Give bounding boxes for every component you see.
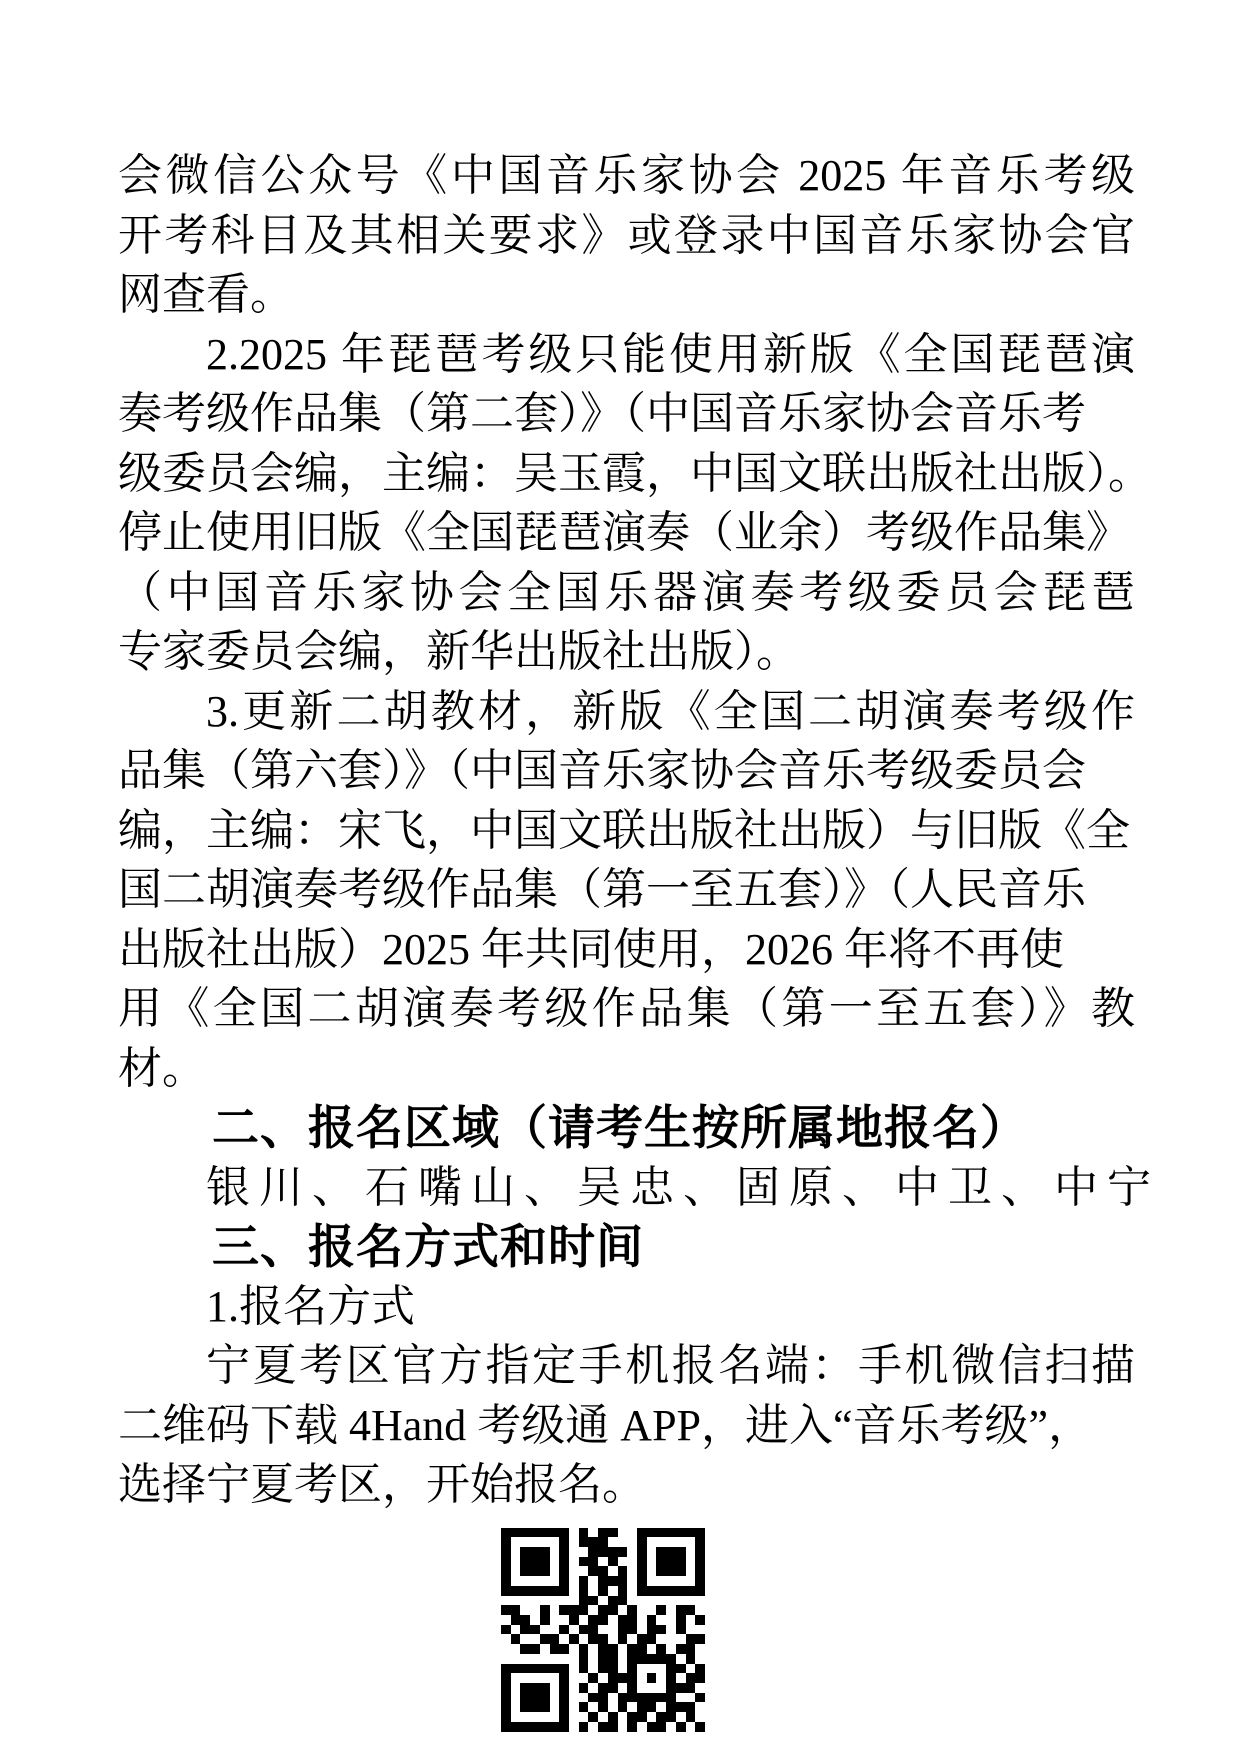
qr-module (501, 1693, 511, 1703)
qr-module (608, 1722, 618, 1732)
text-line: 级委员会编，主编：吴玉霞，中国文联出版社出版）。 (118, 444, 1135, 504)
qr-module (627, 1547, 637, 1557)
qr-module (637, 1566, 647, 1576)
qr-module (588, 1664, 598, 1674)
qr-module (588, 1615, 598, 1625)
qr-module (550, 1586, 560, 1596)
qr-module (608, 1615, 618, 1625)
qr-module (511, 1712, 521, 1722)
qr-module (695, 1673, 705, 1683)
qr-module (511, 1634, 521, 1644)
qr-module (598, 1654, 608, 1664)
qr-module (511, 1654, 521, 1664)
qr-module (627, 1673, 637, 1683)
qr-module (598, 1605, 608, 1615)
qr-module (695, 1664, 705, 1674)
qr-module (637, 1664, 647, 1674)
qr-module (656, 1673, 666, 1683)
qr-module (569, 1566, 579, 1576)
qr-module (511, 1664, 521, 1674)
qr-module (579, 1557, 589, 1567)
qr-module (520, 1615, 530, 1625)
qr-module (579, 1528, 589, 1538)
qr-module (608, 1547, 618, 1557)
qr-module (695, 1596, 705, 1606)
qr-module (530, 1702, 540, 1712)
qr-module (501, 1566, 511, 1576)
qr-module (598, 1722, 608, 1732)
qr-module (666, 1683, 676, 1693)
qr-module (676, 1702, 686, 1712)
qr-module (637, 1702, 647, 1712)
qr-module (608, 1625, 618, 1635)
qr-module (579, 1644, 589, 1654)
qr-module (588, 1644, 598, 1654)
qr-module (569, 1576, 579, 1586)
qr-module (676, 1634, 686, 1644)
qr-module (559, 1712, 569, 1722)
qr-module (608, 1634, 618, 1644)
qr-module (656, 1576, 666, 1586)
qr-module (608, 1605, 618, 1615)
qr-module (618, 1596, 628, 1606)
qr-module (569, 1625, 579, 1635)
qr-module (647, 1654, 657, 1664)
qr-module (559, 1605, 569, 1615)
qr-module (637, 1615, 647, 1625)
qr-module (618, 1644, 628, 1654)
qr-module (676, 1605, 686, 1615)
registration-cities-line: 银川、石嘴山、吴忠、固原、中卫、中宁 (118, 1158, 1135, 1218)
qr-module (656, 1644, 666, 1654)
qr-module (540, 1625, 550, 1635)
qr-module (501, 1644, 511, 1654)
text-line: 二维码下载 4Hand 考级通 APP，进入“音乐考级”， (118, 1396, 1135, 1456)
qr-module (550, 1528, 560, 1538)
qr-module (588, 1654, 598, 1664)
qr-module (598, 1557, 608, 1567)
qr-module (608, 1683, 618, 1693)
qr-module (540, 1644, 550, 1654)
qr-module (550, 1654, 560, 1664)
qr-module (511, 1576, 521, 1586)
text-line: 1.报名方式 (118, 1277, 1135, 1337)
qr-module (501, 1673, 511, 1683)
qr-module (559, 1654, 569, 1664)
qr-module (540, 1547, 550, 1557)
qr-module (637, 1693, 647, 1703)
qr-module (656, 1615, 666, 1625)
qr-module (540, 1683, 550, 1693)
qr-module (598, 1537, 608, 1547)
qr-module (686, 1528, 696, 1538)
qr-module (540, 1586, 550, 1596)
qr-module (520, 1576, 530, 1586)
qr-module (647, 1547, 657, 1557)
qr-module (511, 1683, 521, 1693)
qr-module (627, 1644, 637, 1654)
qr-module (511, 1547, 521, 1557)
qr-module (637, 1712, 647, 1722)
qr-module (511, 1605, 521, 1615)
qr-module (598, 1576, 608, 1586)
qr-module (666, 1673, 676, 1683)
qr-module (656, 1586, 666, 1596)
qr-module (520, 1693, 530, 1703)
qr-module (666, 1722, 676, 1732)
qr-module (627, 1712, 637, 1722)
qr-module (686, 1644, 696, 1654)
qr-module (569, 1596, 579, 1606)
qr-module (608, 1576, 618, 1586)
qr-module (695, 1615, 705, 1625)
qr-module (627, 1576, 637, 1586)
qr-module (608, 1537, 618, 1547)
qr-module (511, 1615, 521, 1625)
qr-module (579, 1605, 589, 1615)
qr-module (608, 1586, 618, 1596)
qr-module (627, 1693, 637, 1703)
text-line: 奏考级作品集（第二套）》（中国音乐家协会音乐考 (118, 384, 1135, 444)
qr-module (598, 1712, 608, 1722)
qr-module (598, 1625, 608, 1635)
qr-module (569, 1712, 579, 1722)
qr-module (627, 1615, 637, 1625)
qr-module (656, 1566, 666, 1576)
qr-module (647, 1625, 657, 1635)
text-line: 开考科目及其相关要求》或登录中国音乐家协会官 (118, 206, 1135, 266)
qr-module (550, 1547, 560, 1557)
qr-module (676, 1596, 686, 1606)
qr-module (686, 1654, 696, 1664)
qr-module (686, 1673, 696, 1683)
qr-module (666, 1596, 676, 1606)
qr-module (656, 1605, 666, 1615)
qr-module (540, 1528, 550, 1538)
qr-module (550, 1673, 560, 1683)
qr-module (686, 1596, 696, 1606)
qr-module (627, 1625, 637, 1635)
qr-module (579, 1722, 589, 1732)
qr-module (618, 1664, 628, 1674)
qr-module (618, 1634, 628, 1644)
text-line: 品集（第六套）》（中国音乐家协会音乐考级委员会 (118, 741, 1135, 801)
qr-module (598, 1644, 608, 1654)
qr-module (559, 1576, 569, 1586)
qr-module (695, 1605, 705, 1615)
qr-module (676, 1576, 686, 1586)
qr-module (520, 1722, 530, 1732)
qr-module (666, 1605, 676, 1615)
qr-module (579, 1586, 589, 1596)
qr-module (695, 1693, 705, 1703)
qr-module (588, 1576, 598, 1586)
qr-module (579, 1615, 589, 1625)
qr-module (501, 1596, 511, 1606)
qr-module (686, 1664, 696, 1674)
qr-module (598, 1634, 608, 1644)
qr-module (598, 1683, 608, 1693)
qr-module (511, 1673, 521, 1683)
qr-module (520, 1673, 530, 1683)
qr-module (666, 1693, 676, 1703)
qr-module (676, 1586, 686, 1596)
qr-module (588, 1683, 598, 1693)
qr-module (666, 1528, 676, 1538)
qr-module (501, 1683, 511, 1693)
qr-module (676, 1654, 686, 1664)
qr-module (608, 1673, 618, 1683)
qr-module (656, 1634, 666, 1644)
qr-module (695, 1625, 705, 1635)
qr-module (695, 1634, 705, 1644)
qr-module (520, 1664, 530, 1674)
qr-module (588, 1557, 598, 1567)
qr-module (637, 1673, 647, 1683)
qr-code (501, 1528, 705, 1732)
text-line: 网查看。 (118, 265, 1135, 325)
qr-module (666, 1654, 676, 1664)
qr-module (588, 1596, 598, 1606)
text-line: 选择宁夏考区，开始报名。 (118, 1455, 1135, 1515)
qr-module (656, 1537, 666, 1547)
section-heading-registration-area: 二、报名区域（请考生按所属地报名） (118, 1098, 1135, 1158)
qr-module (588, 1722, 598, 1732)
qr-module (695, 1683, 705, 1693)
qr-module (530, 1528, 540, 1538)
qr-module (559, 1586, 569, 1596)
qr-module (695, 1528, 705, 1538)
qr-module (676, 1566, 686, 1576)
qr-module (511, 1722, 521, 1732)
qr-module (530, 1625, 540, 1635)
qr-module (550, 1634, 560, 1644)
qr-module (666, 1576, 676, 1586)
qr-module (520, 1634, 530, 1644)
qr-module (530, 1712, 540, 1722)
qr-module (540, 1654, 550, 1664)
qr-module (588, 1566, 598, 1576)
qr-module (647, 1644, 657, 1654)
qr-module (608, 1693, 618, 1703)
qr-module (686, 1702, 696, 1712)
qr-module (530, 1722, 540, 1732)
qr-module (627, 1596, 637, 1606)
qr-module (550, 1712, 560, 1722)
qr-module (695, 1722, 705, 1732)
qr-module (579, 1634, 589, 1644)
qr-module (666, 1586, 676, 1596)
qr-module (550, 1644, 560, 1654)
qr-module (627, 1654, 637, 1664)
qr-module (676, 1615, 686, 1625)
qr-module (511, 1693, 521, 1703)
qr-module (676, 1528, 686, 1538)
text-line: 国二胡演奏考级作品集（第一至五套）》（人民音乐 (118, 860, 1135, 920)
qr-module (540, 1605, 550, 1615)
qr-module (676, 1557, 686, 1567)
qr-module (618, 1625, 628, 1635)
qr-module (686, 1605, 696, 1615)
qr-module (637, 1547, 647, 1557)
qr-module (608, 1557, 618, 1567)
qr-module (501, 1557, 511, 1567)
qr-module (637, 1625, 647, 1635)
qr-module (511, 1528, 521, 1538)
qr-module (569, 1557, 579, 1567)
qr-module (588, 1547, 598, 1557)
qr-module (559, 1625, 569, 1635)
qr-module (656, 1547, 666, 1557)
qr-module (637, 1528, 647, 1538)
qr-module (647, 1664, 657, 1674)
qr-module (520, 1712, 530, 1722)
qr-module (511, 1586, 521, 1596)
qr-module (588, 1712, 598, 1722)
qr-module (530, 1596, 540, 1606)
qr-module (656, 1712, 666, 1722)
qr-module (618, 1547, 628, 1557)
qr-module (569, 1644, 579, 1654)
qr-module (637, 1537, 647, 1547)
qr-module (598, 1528, 608, 1538)
qr-module (579, 1537, 589, 1547)
qr-module (530, 1557, 540, 1567)
qr-module (618, 1702, 628, 1712)
qr-module (540, 1596, 550, 1606)
qr-module (559, 1722, 569, 1732)
qr-module (559, 1702, 569, 1712)
qr-module (559, 1547, 569, 1557)
qr-module (637, 1596, 647, 1606)
qr-module (569, 1547, 579, 1557)
qr-module (618, 1605, 628, 1615)
qr-module (647, 1673, 657, 1683)
qr-module (598, 1596, 608, 1606)
qr-module (511, 1644, 521, 1654)
qr-module (540, 1537, 550, 1547)
qr-module (608, 1654, 618, 1664)
qr-module (666, 1537, 676, 1547)
qr-module (569, 1664, 579, 1674)
qr-module (637, 1605, 647, 1615)
qr-module (569, 1537, 579, 1547)
qr-module (569, 1615, 579, 1625)
qr-module (569, 1693, 579, 1703)
qr-module (666, 1566, 676, 1576)
qr-module (666, 1557, 676, 1567)
qr-module (676, 1547, 686, 1557)
qr-module (647, 1702, 657, 1712)
qr-module (511, 1566, 521, 1576)
qr-module (530, 1615, 540, 1625)
qr-module (540, 1566, 550, 1576)
qr-module (618, 1673, 628, 1683)
qr-module (530, 1644, 540, 1654)
document-page: 会微信公众号《中国音乐家协会 2025 年音乐考级 开考科目及其相关要求》或登录… (0, 0, 1241, 1754)
qr-module (530, 1683, 540, 1693)
qr-module (647, 1566, 657, 1576)
qr-module (637, 1576, 647, 1586)
qr-module (550, 1702, 560, 1712)
qr-module (540, 1615, 550, 1625)
qr-module (520, 1644, 530, 1654)
qr-module (637, 1557, 647, 1567)
qr-module (511, 1537, 521, 1547)
qr-module (501, 1605, 511, 1615)
qr-module (520, 1528, 530, 1538)
qr-module (608, 1644, 618, 1654)
qr-module (608, 1702, 618, 1712)
qr-module (598, 1586, 608, 1596)
qr-module (647, 1722, 657, 1732)
qr-module (501, 1528, 511, 1538)
qr-module (656, 1654, 666, 1664)
qr-module (550, 1615, 560, 1625)
qr-module (637, 1654, 647, 1664)
qr-module (550, 1557, 560, 1567)
qr-module (559, 1683, 569, 1693)
text-line: 会微信公众号《中国音乐家协会 2025 年音乐考级 (118, 146, 1135, 206)
qr-module (686, 1693, 696, 1703)
qr-module (647, 1576, 657, 1586)
qr-module (530, 1547, 540, 1557)
qr-module (511, 1557, 521, 1567)
qr-module (627, 1722, 637, 1732)
qr-module (647, 1693, 657, 1703)
qr-module (686, 1566, 696, 1576)
qr-module (588, 1634, 598, 1644)
qr-module (666, 1664, 676, 1674)
qr-module (618, 1576, 628, 1586)
qr-module (656, 1596, 666, 1606)
qr-module (618, 1654, 628, 1664)
qr-module (579, 1547, 589, 1557)
qr-module (598, 1547, 608, 1557)
qr-module (588, 1605, 598, 1615)
qr-module (540, 1722, 550, 1732)
qr-module (676, 1644, 686, 1654)
qr-module (627, 1557, 637, 1567)
qr-module (618, 1537, 628, 1547)
qr-module (598, 1615, 608, 1625)
text-line: 停止使用旧版《全国琵琶演奏（业余）考级作品集》 (118, 503, 1135, 563)
qr-module (550, 1625, 560, 1635)
qr-module (501, 1722, 511, 1732)
qr-module (666, 1615, 676, 1625)
qr-module (598, 1702, 608, 1712)
qr-module (530, 1586, 540, 1596)
qr-module (550, 1605, 560, 1615)
qr-module (686, 1537, 696, 1547)
qr-module (501, 1586, 511, 1596)
qr-module (686, 1683, 696, 1693)
qr-module (656, 1625, 666, 1635)
qr-module (598, 1693, 608, 1703)
qr-module (501, 1702, 511, 1712)
qr-module (598, 1664, 608, 1674)
qr-module (579, 1654, 589, 1664)
qr-module (608, 1712, 618, 1722)
qr-module (695, 1654, 705, 1664)
qr-module (530, 1566, 540, 1576)
qr-module (666, 1634, 676, 1644)
qr-module (676, 1664, 686, 1674)
qr-module (559, 1644, 569, 1654)
qr-module (550, 1566, 560, 1576)
qr-module (695, 1712, 705, 1722)
qr-module (550, 1537, 560, 1547)
